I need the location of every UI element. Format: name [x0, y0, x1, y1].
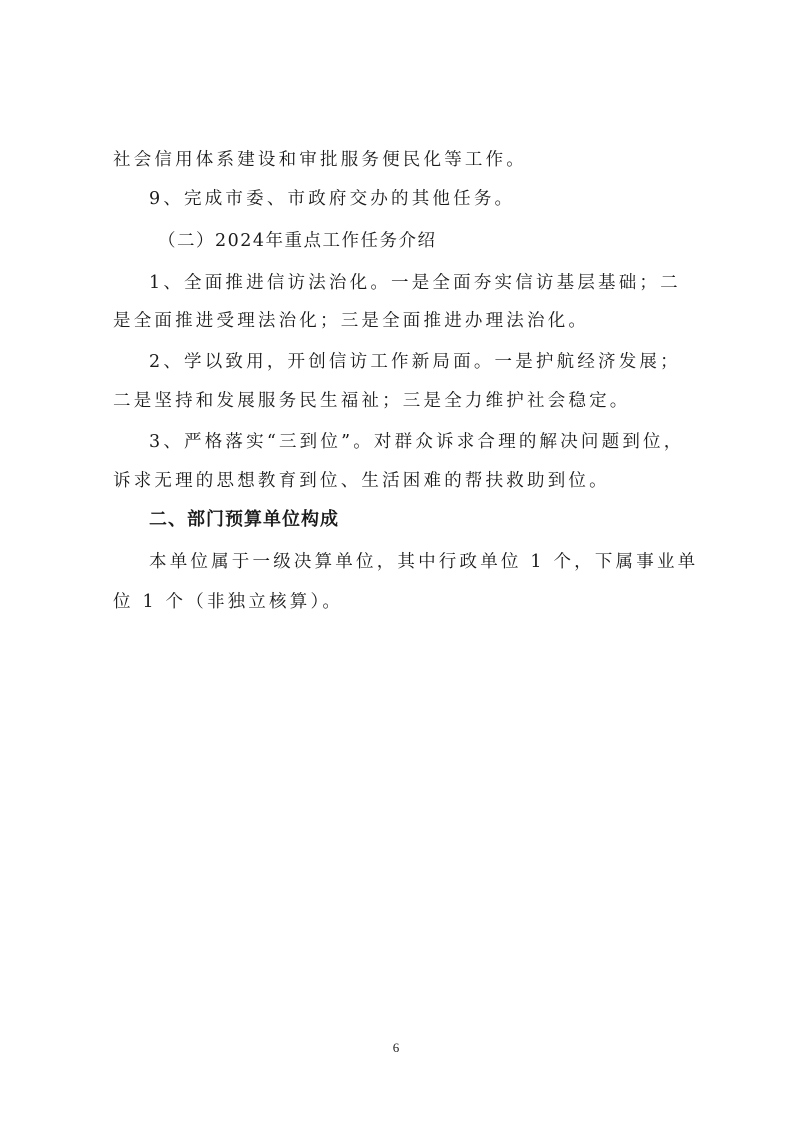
subsection-heading-2024-tasks: （二）2024年重点工作任务介绍 [158, 229, 748, 253]
budget-units-line-2: 位 1 个（非独立核算）。 [113, 590, 703, 614]
page-number: 6 [0, 1040, 792, 1056]
task-1-line-1: 1、全面推进信访法治化。一是全面夯实信访基层基础；二 [149, 271, 739, 295]
section-heading-budget-units: 二、部门预算单位构成 [149, 508, 739, 532]
task-2-line-1: 2、学以致用，开创信访工作新局面。一是护航经济发展； [149, 350, 739, 374]
paragraph-line-continuation: 社会信用体系建设和审批服务便民化等工作。 [113, 148, 703, 172]
document-page: 社会信用体系建设和审批服务便民化等工作。 9、完成市委、市政府交办的其他任务。 … [0, 0, 792, 1122]
budget-units-line-1: 本单位属于一级决算单位，其中行政单位 1 个，下属事业单 [149, 550, 739, 574]
task-3-line-2: 诉求无理的思想教育到位、生活困难的帮扶救助到位。 [113, 469, 703, 493]
list-item-9: 9、完成市委、市政府交办的其他任务。 [149, 187, 739, 211]
task-1-line-2: 是全面推进受理法治化；三是全面推进办理法治化。 [113, 309, 703, 333]
task-2-line-2: 二是坚持和发展服务民生福祉；三是全力维护社会稳定。 [113, 389, 703, 413]
task-3-line-1: 3、严格落实“三到位”。对群众诉求合理的解决问题到位， [149, 430, 739, 454]
